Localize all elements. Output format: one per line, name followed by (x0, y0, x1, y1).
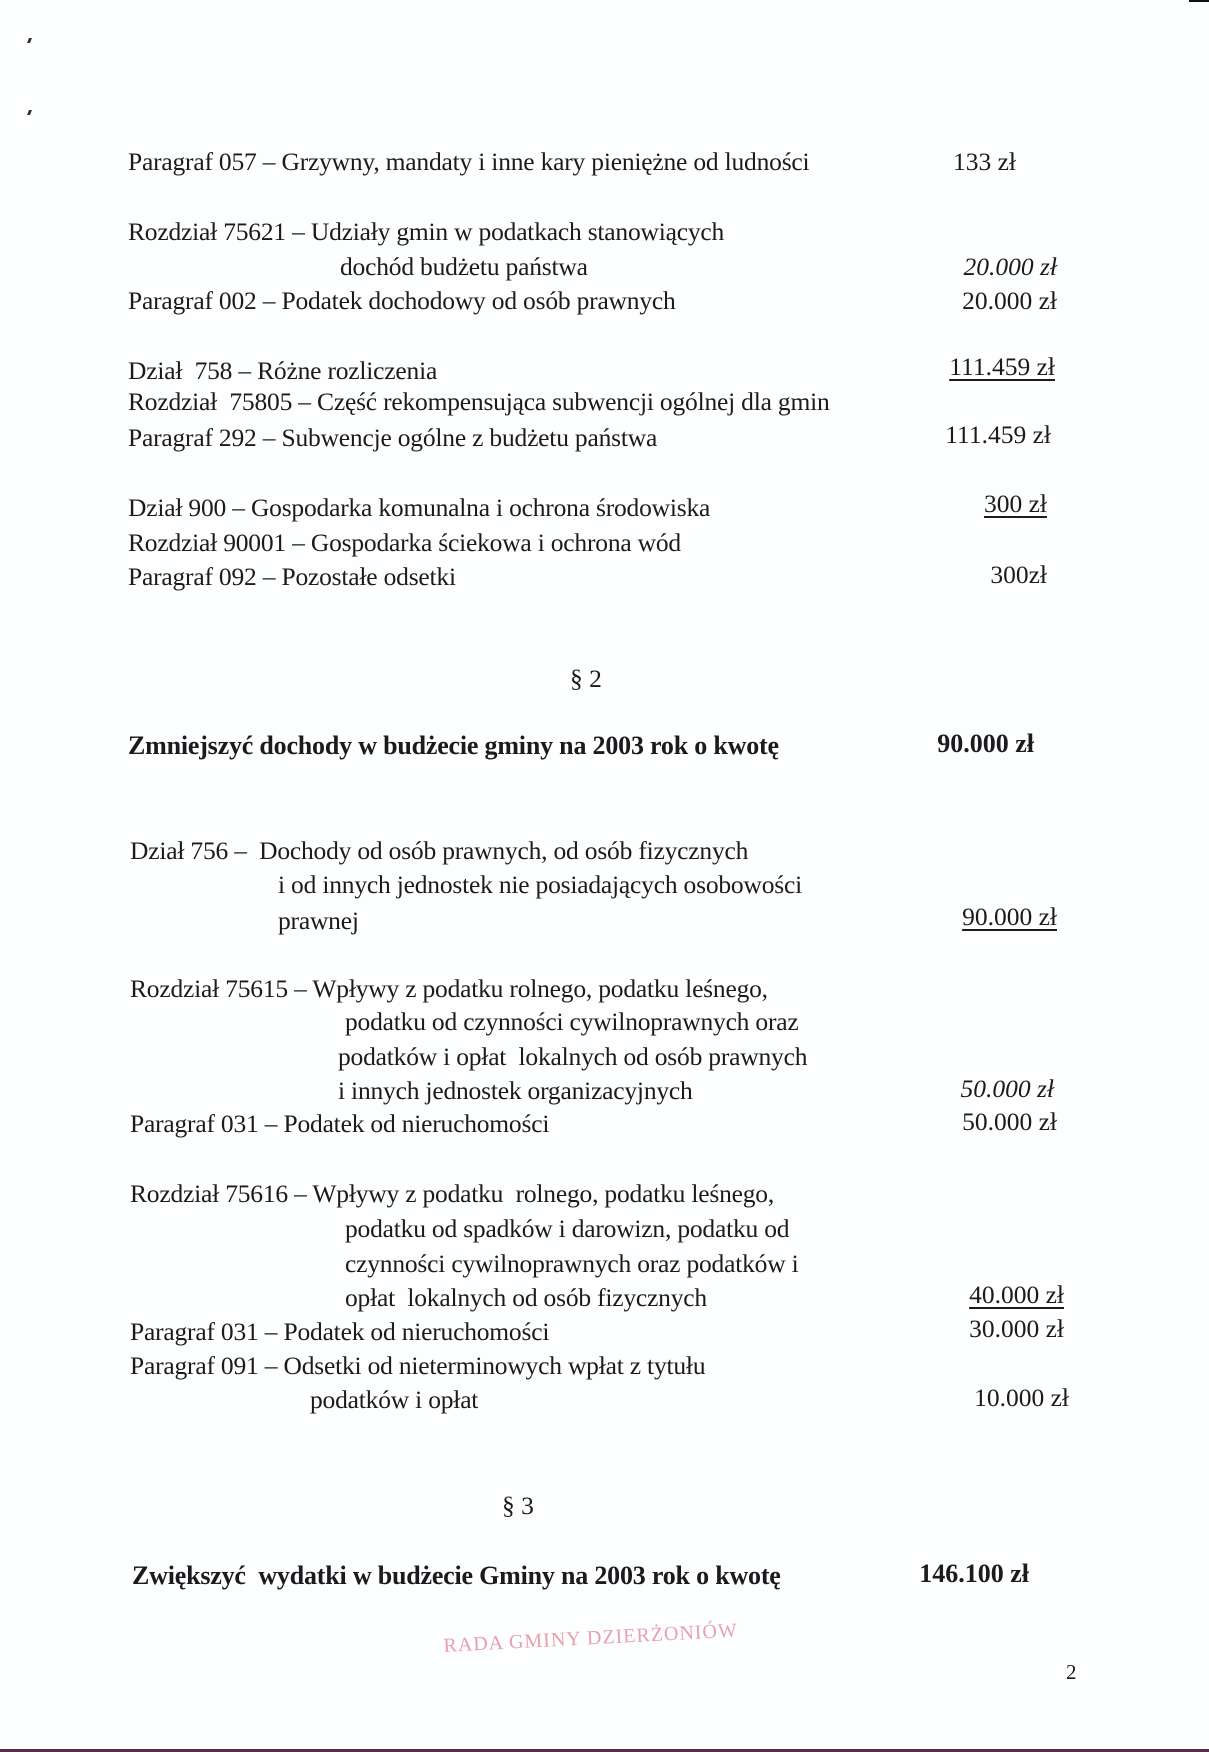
line-rozdzial-75616: Rozdział 75616 – Wpływy z podatku rolneg… (130, 1179, 774, 1209)
amount-rozdzial-75616: 40.000 zł (969, 1280, 1064, 1310)
line-dzial-756: Dział 756 – Dochody od osób prawnych, od… (130, 836, 748, 866)
line-rozdzial-75615: Rozdział 75615 – Wpływy z podatku rolneg… (130, 974, 768, 1004)
line-rozdzial-90001: Rozdział 90001 – Gospodarka ściekowa i o… (128, 528, 681, 558)
amount-paragraf-002: 20.000 zł (962, 286, 1057, 316)
amount-dzial-758: 111.459 zł (949, 352, 1055, 382)
line-dzial-758: Dział 758 – Różne rozliczenia (128, 356, 437, 386)
amount-paragraf-292: 111.459 zł (945, 420, 1051, 450)
line-paragraf-091-cont: podatków i opłat (310, 1385, 478, 1415)
council-stamp: RADA GMINY DZIERŻONIÓW (443, 1620, 738, 1658)
section-symbol-3: § 3 (502, 1491, 534, 1521)
line-rozdzial-75615-cont1: podatku od czynności cywilnoprawnych ora… (345, 1007, 799, 1037)
line-dzial-756-cont1: i od innych jednostek nie posiadających … (278, 870, 802, 900)
line-paragraf-031-a: Paragraf 031 – Podatek od nieruchomości (130, 1109, 549, 1139)
amount-rozdzial-75615: 50.000 zł (960, 1074, 1054, 1104)
amount-paragraf-031-b: 30.000 zł (969, 1314, 1064, 1344)
line-rozdzial-75616-cont3: opłat lokalnych od osób fizycznych (345, 1283, 707, 1313)
amount-paragraf-057: 133 zł (953, 147, 1016, 177)
amount-paragraf-092: 300zł (990, 560, 1047, 590)
scan-mark (27, 38, 32, 43)
section-symbol-2: § 2 (570, 664, 602, 694)
line-rozdzial-75616-cont1: podatku od spadków i darowizn, podatku o… (345, 1214, 789, 1244)
line-paragraf-057: Paragraf 057 – Grzywny, mandaty i inne k… (128, 147, 809, 177)
page-number: 2 (1066, 1660, 1077, 1685)
section3-heading-amount: 146.100 zł (919, 1559, 1029, 1589)
line-dzial-756-cont2: prawnej (278, 906, 359, 936)
line-paragraf-031-b: Paragraf 031 – Podatek od nieruchomości (130, 1317, 549, 1347)
line-rozdzial-75805: Rozdział 75805 – Część rekompensująca su… (128, 387, 830, 417)
line-rozdzial-75615-cont3: i innych jednostek organizacyjnych (338, 1076, 693, 1106)
line-rozdzial-75615-cont2: podatków i opłat lokalnych od osób prawn… (338, 1042, 807, 1072)
amount-dzial-900: 300 zł (984, 489, 1047, 519)
line-paragraf-092: Paragraf 092 – Pozostałe odsetki (128, 562, 456, 592)
amount-paragraf-031-a: 50.000 zł (962, 1107, 1057, 1137)
section3-heading: Zwiększyć wydatki w budżecie Gminy na 20… (132, 1561, 781, 1591)
amount-rozdzial-75621: 20.000 zł (963, 252, 1057, 282)
line-rozdzial-75621-cont: dochód budżetu państwa (340, 252, 588, 282)
section2-heading: Zmniejszyć dochody w budżecie gminy na 2… (128, 731, 779, 761)
line-dzial-900: Dział 900 – Gospodarka komunalna i ochro… (128, 493, 710, 523)
corner-mark (1189, 0, 1209, 2)
section2-heading-amount: 90.000 zł (937, 729, 1034, 759)
amount-paragraf-091: 10.000 zł (974, 1383, 1069, 1413)
amount-dzial-756: 90.000 zł (962, 902, 1057, 932)
line-paragraf-091: Paragraf 091 – Odsetki od nieterminowych… (130, 1351, 705, 1381)
line-rozdzial-75616-cont2: czynności cywilnoprawnych oraz podatków … (345, 1249, 799, 1279)
scan-mark (27, 110, 32, 115)
line-rozdzial-75621: Rozdział 75621 – Udziały gmin w podatkac… (128, 217, 724, 247)
line-paragraf-002: Paragraf 002 – Podatek dochodowy od osób… (128, 286, 676, 316)
line-paragraf-292: Paragraf 292 – Subwencje ogólne z budżet… (128, 423, 657, 453)
